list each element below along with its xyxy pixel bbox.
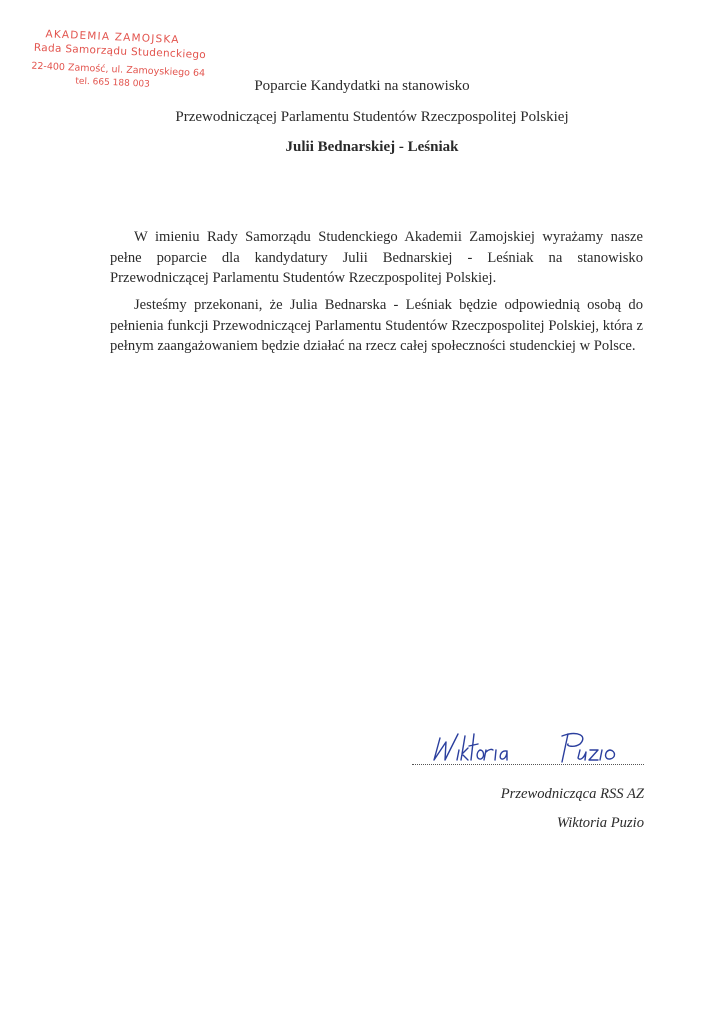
candidate-name-heading: Julii Bednarskiej - Leśniak xyxy=(10,139,724,156)
heading-line-1: Poparcie Kandydatki na stanowisko xyxy=(0,78,724,95)
signatory-name: Wiktoria Puzio xyxy=(557,815,644,832)
signatory-role: Przewodnicząca RSS AZ xyxy=(501,786,644,803)
signature-dotted-line xyxy=(412,764,644,765)
body-paragraph-1: W imieniu Rady Samorządu Studenckiego Ak… xyxy=(110,227,643,289)
body-paragraph-2: Jesteśmy przekonani, że Julia Bednarska … xyxy=(110,295,643,357)
handwritten-signature xyxy=(428,728,648,768)
heading-line-2: Przewodniczącej Parlamentu Studentów Rze… xyxy=(10,109,724,126)
